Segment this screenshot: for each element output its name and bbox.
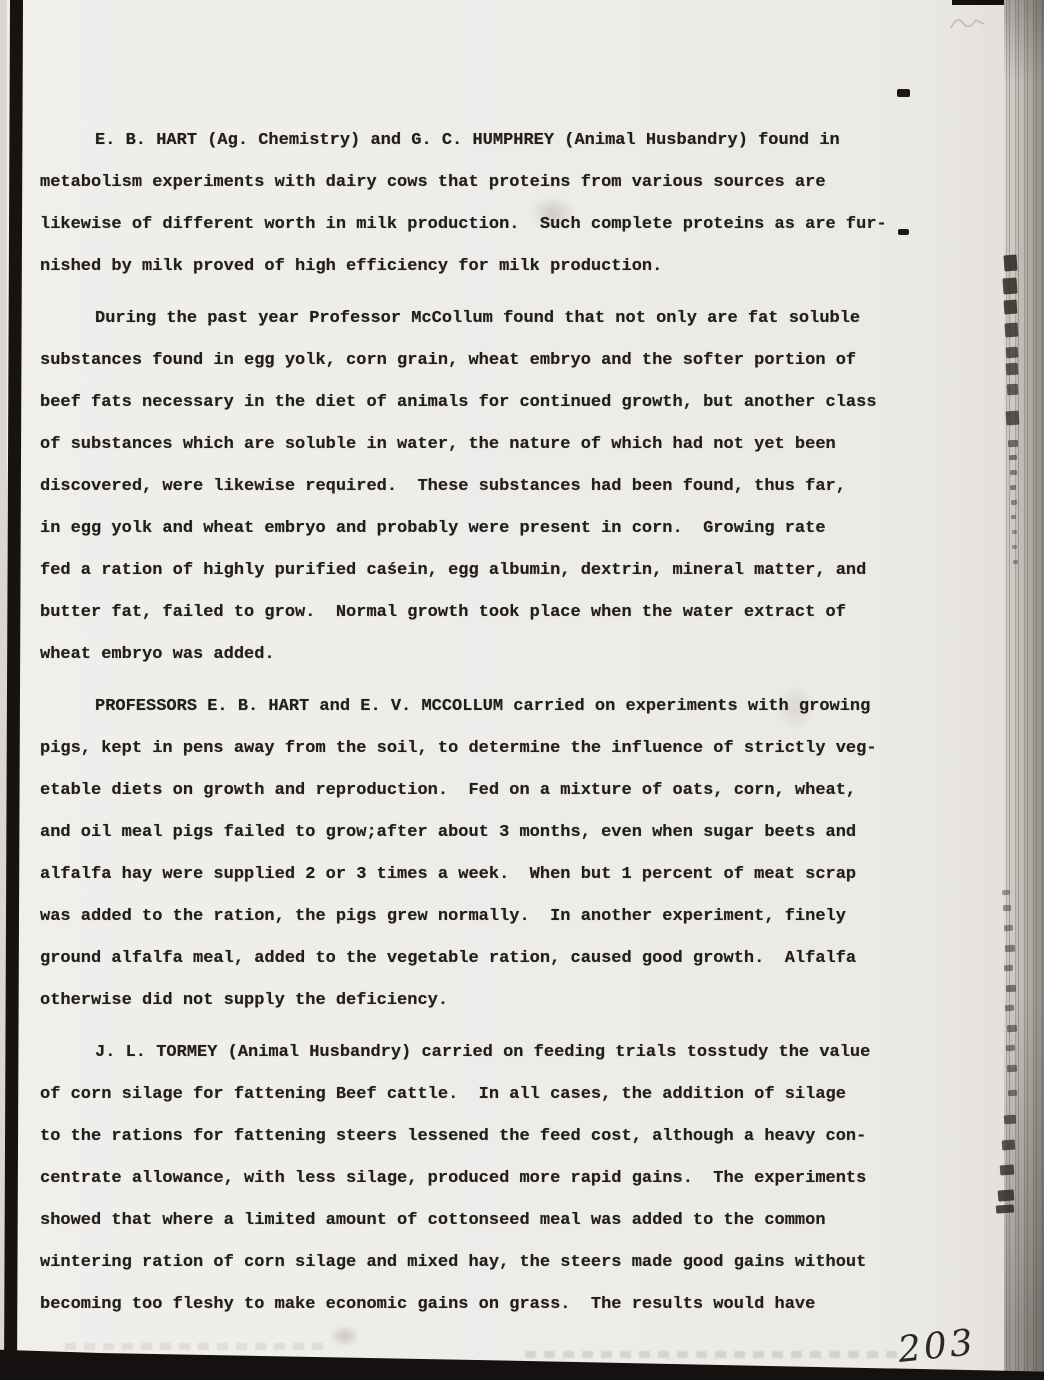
handwritten-page-number: 203 bbox=[896, 1322, 978, 1371]
page-edge-artifact bbox=[1004, 925, 1013, 932]
page-edge-artifact bbox=[1002, 890, 1010, 896]
page-edge-artifact bbox=[1003, 255, 1017, 272]
text-line: wintering ration of corn silage and mixe… bbox=[40, 1242, 960, 1284]
text-line: substances found in egg yolk, corn grain… bbox=[40, 340, 960, 382]
text-line: centrate allowance, with less silage, pr… bbox=[40, 1158, 960, 1200]
text-body: E. B. HART (Ag. Chemistry) and G. C. HUM… bbox=[40, 120, 960, 1336]
page-edge-artifact bbox=[1004, 965, 1013, 972]
page-edge-artifact bbox=[1008, 440, 1018, 448]
page-edge-artifact bbox=[1010, 485, 1016, 490]
text-line: wheat embryo was added. bbox=[40, 634, 960, 676]
page-edge-artifact bbox=[1007, 1025, 1017, 1033]
page-edge-artifact bbox=[1004, 1115, 1017, 1125]
text-line: butter fat, failed to grow. Normal growt… bbox=[40, 592, 960, 634]
text-line: and oil meal pigs failed to grow;after a… bbox=[40, 812, 960, 854]
scanned-document-page: E. B. HART (Ag. Chemistry) and G. C. HUM… bbox=[0, 0, 1044, 1380]
paragraph: PROFESSORS E. B. HART and E. V. MCCOLLUM… bbox=[40, 686, 960, 1022]
text-line: beef fats necessary in the diet of anima… bbox=[40, 382, 960, 424]
page-edge-artifact bbox=[1006, 985, 1016, 993]
page-edge-artifact bbox=[1005, 323, 1019, 338]
stray-ink-dash bbox=[897, 89, 910, 97]
text-line: E. B. HART (Ag. Chemistry) and G. C. HUM… bbox=[40, 120, 960, 162]
page-edge-artifact bbox=[1009, 455, 1017, 461]
page-edge-artifact bbox=[996, 1204, 1015, 1213]
page-edge-artifact bbox=[1005, 1005, 1014, 1012]
text-line: becoming too fleshy to make economic gai… bbox=[40, 1284, 960, 1326]
page-edge-artifact bbox=[1010, 470, 1017, 475]
text-line: fed a ration of highly purified caśein, … bbox=[40, 550, 960, 592]
page-edge-artifact bbox=[1011, 500, 1017, 505]
bleed-through-text bbox=[525, 1351, 900, 1358]
page-edge-artifact bbox=[1013, 560, 1018, 564]
page-edge-artifact bbox=[1004, 300, 1018, 315]
paragraph: J. L. TORMEY (Animal Husbandry) carried … bbox=[40, 1032, 960, 1326]
page-edge-artifact bbox=[1012, 530, 1017, 534]
text-line: of substances which are soluble in water… bbox=[40, 424, 960, 466]
paragraph: During the past year Professor McCollum … bbox=[40, 298, 960, 676]
text-line: showed that where a limited amount of co… bbox=[40, 1200, 960, 1242]
text-line: J. L. TORMEY (Animal Husbandry) carried … bbox=[40, 1032, 960, 1074]
page-edge-artifact bbox=[1002, 1140, 1016, 1151]
page-edge-artifact bbox=[1006, 411, 1020, 426]
text-line: pigs, kept in pens away from the soil, t… bbox=[40, 728, 960, 770]
text-line: ground alfalfa meal, added to the vegeta… bbox=[40, 938, 960, 980]
page-edge-artifact bbox=[1003, 905, 1011, 912]
page-edge-artifact bbox=[1012, 545, 1017, 549]
text-line: etable diets on growth and reproduction.… bbox=[40, 770, 960, 812]
page-edge-artifact bbox=[1011, 515, 1016, 519]
text-line: nished by milk proved of high efficiency… bbox=[40, 246, 960, 288]
paragraph: E. B. HART (Ag. Chemistry) and G. C. HUM… bbox=[40, 120, 960, 288]
text-line: likewise of different worth in milk prod… bbox=[40, 204, 960, 246]
page-edge-artifact bbox=[1000, 1165, 1015, 1176]
page-edge-artifact bbox=[1006, 347, 1019, 359]
text-line: otherwise did not supply the deficiency. bbox=[40, 980, 960, 1022]
page-edge-artifact bbox=[1002, 278, 1017, 295]
page-edge-artifact bbox=[1007, 1065, 1017, 1073]
text-line: in egg yolk and wheat embryo and probabl… bbox=[40, 508, 960, 550]
text-line: metabolism experiments with dairy cows t… bbox=[40, 162, 960, 204]
text-line: During the past year Professor McCollum … bbox=[40, 298, 960, 340]
text-line: to the rations for fattening steers less… bbox=[40, 1116, 960, 1158]
text-line: of corn silage for fattening Beef cattle… bbox=[40, 1074, 960, 1116]
page-edge-artifact bbox=[1005, 945, 1015, 953]
page-edge-artifact bbox=[1006, 363, 1019, 376]
page-edge-artifact bbox=[1007, 384, 1019, 396]
text-line: alfalfa hay were supplied 2 or 3 times a… bbox=[40, 854, 960, 896]
bleed-through-text bbox=[65, 1343, 325, 1350]
page-edge-artifact bbox=[1006, 1045, 1015, 1052]
text-line: discovered, were likewise required. Thes… bbox=[40, 466, 960, 508]
page-edge-artifact bbox=[1008, 1090, 1017, 1097]
pencil-mark bbox=[948, 10, 990, 36]
text-line: was added to the ration, the pigs grew n… bbox=[40, 896, 960, 938]
page-edge-artifact bbox=[998, 1189, 1015, 1201]
text-line: PROFESSORS E. B. HART and E. V. MCCOLLUM… bbox=[40, 686, 960, 728]
